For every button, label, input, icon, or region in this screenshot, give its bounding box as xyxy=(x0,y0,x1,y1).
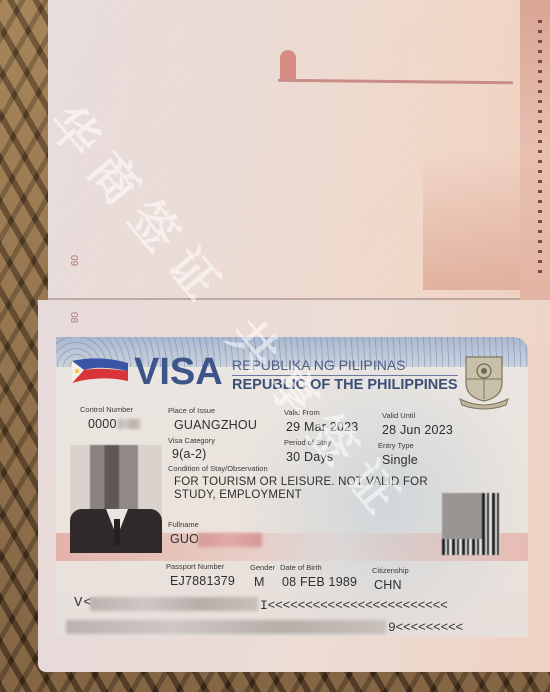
condition-label: Condition of Stay/Observation xyxy=(168,464,268,473)
valid-until-value: 28 Jun 2023 xyxy=(382,423,453,437)
faded-stamp xyxy=(423,150,533,290)
citizenship-label: Citizenship xyxy=(372,566,409,575)
photo-tie xyxy=(114,519,120,545)
gender-value: M xyxy=(254,575,265,589)
valid-until-label: Valid Until xyxy=(382,411,415,420)
citizenship-value: CHN xyxy=(374,578,402,592)
qr-code xyxy=(442,493,500,555)
redaction xyxy=(118,419,140,429)
perforation xyxy=(538,20,542,280)
visa-title: VISA xyxy=(134,351,223,394)
page-number-upper: 09 xyxy=(68,255,79,266)
coat-of-arms-icon xyxy=(454,351,514,411)
page-number-lower: 08 xyxy=(68,312,79,323)
passport-number-value: EJ7881379 xyxy=(170,574,235,588)
date-of-birth-label: Date of Birth xyxy=(280,563,322,572)
passport-number-label: Passport Number xyxy=(166,562,224,571)
mrz-redaction-1 xyxy=(90,597,258,611)
mrz-line-2-suffix: 9<<<<<<<<< xyxy=(388,620,463,635)
page-edge-stamp xyxy=(520,0,550,300)
mrz-line-1-suffix: I<<<<<<<<<<<<<<<<<<<<<<<< xyxy=(260,598,448,613)
stamp-mark xyxy=(280,50,296,80)
mrz-redaction-2 xyxy=(66,620,386,634)
blurred-face xyxy=(90,445,138,515)
visa-category-label: Visa Category xyxy=(168,436,215,445)
condition-line-2: STUDY, EMPLOYMENT xyxy=(174,489,302,501)
control-number-value: 0000 xyxy=(88,417,117,431)
gender-label: Gender xyxy=(250,563,275,572)
fullname-label: Fullname xyxy=(168,520,199,529)
date-of-birth-value: 08 FEB 1989 xyxy=(282,575,357,589)
philippine-flag-icon xyxy=(70,355,130,385)
stamp-line xyxy=(278,79,513,84)
visa-category-value: 9(a-2) xyxy=(172,447,207,461)
control-number-label: Control Number xyxy=(80,405,133,414)
holder-photo xyxy=(70,445,162,553)
place-of-issue-label: Place of Issue xyxy=(168,406,215,415)
name-redaction xyxy=(198,533,262,547)
fullname-value: GUO xyxy=(170,532,199,546)
place-of-issue-value: GUANGZHOU xyxy=(174,418,257,432)
